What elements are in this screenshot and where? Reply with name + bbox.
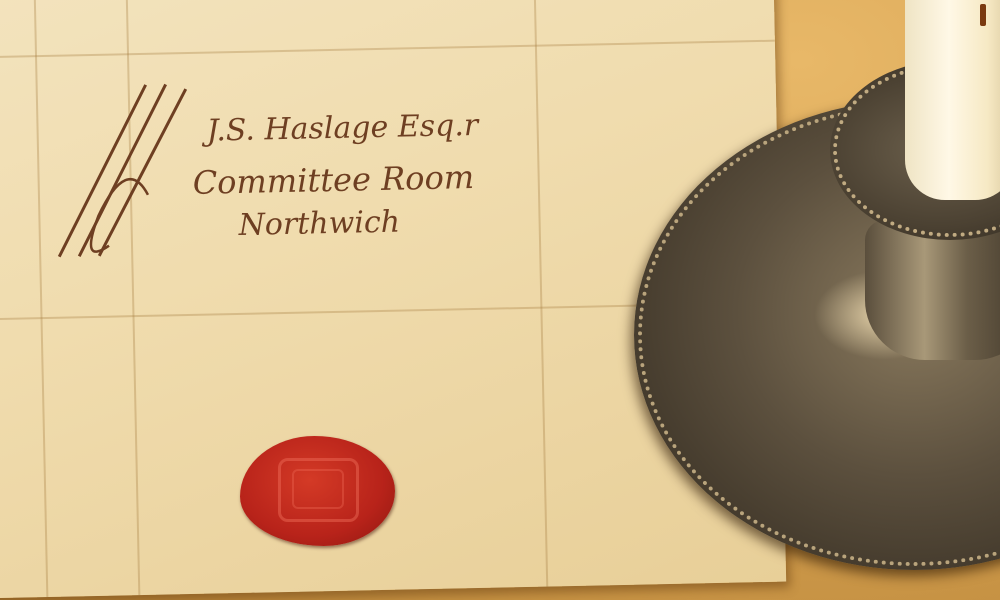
address-line-2: Committee Room <box>192 158 474 202</box>
candle <box>905 0 1000 200</box>
red-wax-seal <box>240 436 395 546</box>
fold-crease <box>534 0 549 587</box>
ink-flourish <box>35 64 199 277</box>
seal-impression-inner <box>292 469 344 509</box>
address-line-3: Northwich <box>238 205 400 243</box>
photo-scene: J.S. Haslage Esq.r Committee Room Northw… <box>0 0 1000 600</box>
fold-crease <box>0 40 775 59</box>
candle-wick <box>980 4 986 26</box>
candlestick-stem <box>865 220 1000 360</box>
address-line-1: J.S. Haslage Esq.r <box>206 108 478 149</box>
